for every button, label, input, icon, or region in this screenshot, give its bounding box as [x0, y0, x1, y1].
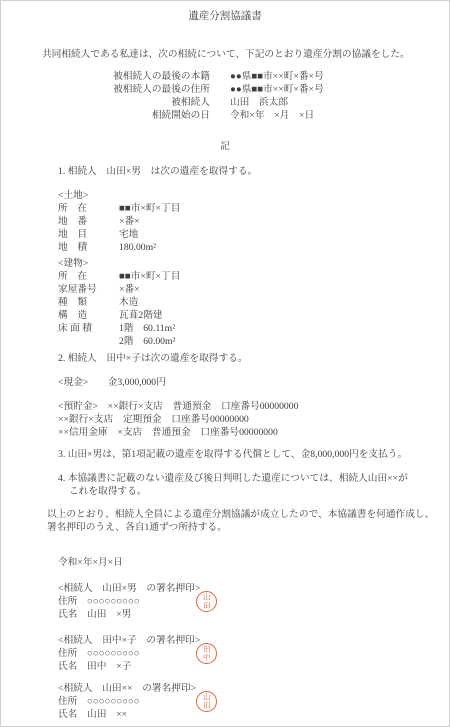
deposit-line: <預貯金> ××銀行×支店 普通預金 口座番号00000000	[58, 400, 449, 413]
decedent-info-row: 相続開始の日 令和×年 ×月 ×日	[1, 109, 449, 122]
clause-2: 2. 相続人 田中×子は次の遺産を取得する。	[58, 352, 449, 365]
hanko-seal-yamada: 山田	[196, 591, 217, 612]
info-label-decedent-name: 被相続人	[1, 96, 210, 109]
signature-block-tanaka-x-ko: <相続人 田中×子 の署名押印> 住所 ○○○○○○○○○ 氏名 田中 ×子 田…	[58, 634, 278, 673]
signature-name: 氏名 田中 ×子	[58, 660, 278, 673]
land-row: 所 在■■市×町×丁目	[58, 202, 449, 215]
info-label-address: 被相続人の最後の住所	[1, 83, 210, 96]
land-value-category: 宅地	[119, 229, 138, 240]
building-row: 構 造瓦葺2階建	[58, 309, 449, 322]
signature-heading: <相続人 山田×男 の署名押印>	[58, 582, 278, 595]
info-value-start-date: 令和×年 ×月 ×日	[210, 109, 314, 122]
signature-heading: <相続人 山田×× の署名押印>	[58, 682, 278, 695]
signature-block-yamada-x-o: <相続人 山田×男 の署名押印> 住所 ○○○○○○○○○ 氏名 山田 ×男 山…	[58, 582, 278, 621]
land-label-lot-number: 地 番	[58, 215, 119, 228]
land-row: 地 目宅地	[58, 228, 449, 241]
decedent-info-block: 被相続人の最後の本籍 ●●県■■市××町×番×号 被相続人の最後の住所 ●●県■…	[1, 70, 449, 122]
info-label-honseki: 被相続人の最後の本籍	[1, 70, 210, 83]
agreement-document-page: 遺産分割協議書 共同相続人である私達は、次の相続について、下記のとおり遺産分割の…	[0, 0, 450, 727]
cash-line: <現金> 金3,000,000円	[58, 376, 449, 389]
signature-address: 住所 ○○○○○○○○○	[58, 595, 278, 608]
clause-4-line1: 4. 本協議書に記載のない遺産及び後日判明した遺産については、相続人山田××が	[58, 472, 449, 485]
clause-4: 4. 本協議書に記載のない遺産及び後日判明した遺産については、相続人山田××が …	[58, 472, 449, 498]
building-value-structure: 瓦葺2階建	[119, 310, 163, 321]
building-label-floor-area: 床 面 積	[58, 322, 119, 335]
signature-heading: <相続人 田中×子 の署名押印>	[58, 634, 278, 647]
closing-paragraph: 以上のとおり、相続人全員による遺産分割協議が成立したので、本協議書を何通作成し、…	[47, 508, 449, 534]
closing-line1: 以上のとおり、相続人全員による遺産分割協議が成立したので、本協議書を何通作成し、	[47, 508, 449, 521]
land-value-area: 180.00m²	[119, 242, 156, 253]
decedent-info-row: 被相続人の最後の住所 ●●県■■市××町×番×号	[1, 83, 449, 96]
closing-line2: 署名押印のうえ、各自1通ずつ所持する。	[47, 521, 449, 534]
clause-3: 3. 山田×男は、第1項記載の遺産を取得する代償として、金8,000,000円を…	[58, 448, 449, 461]
land-label-location: 所 在	[58, 202, 119, 215]
clause-4-line2: これを取得する。	[58, 485, 449, 498]
signature-name: 氏名 山田 ×男	[58, 608, 278, 621]
signature-block-yamada-xx: <相続人 山田×× の署名押印> 住所 ○○○○○○○○○ 氏名 山田 ×× 山…	[58, 682, 278, 721]
hanko-seal-tanaka: 田中	[196, 643, 217, 664]
deposits-section: <預貯金> ××銀行×支店 普通預金 口座番号00000000 ××銀行×支店 …	[58, 400, 449, 439]
building-value-floor-area-1f: 1階 60.11m²	[119, 323, 175, 334]
land-value-lot-number: ×番×	[119, 216, 140, 227]
land-value-location: ■■市×町×丁目	[119, 203, 180, 214]
land-row: 地 番×番×	[58, 215, 449, 228]
deposit-line: ××銀行×支店 定期預金 口座番号00000000	[58, 413, 449, 426]
building-label-location: 所 在	[58, 270, 119, 283]
hanko-seal-yamada: 山田	[196, 691, 217, 712]
building-value-floor-area-2f: 2階 60.00m²	[119, 336, 175, 347]
clause-1: 1. 相続人 山田×男 は次の遺産を取得する。	[58, 165, 449, 178]
building-value-location: ■■市×町×丁目	[119, 271, 180, 282]
building-label-structure: 構 造	[58, 309, 119, 322]
land-label-category: 地 目	[58, 228, 119, 241]
signature-name: 氏名 山田 ××	[58, 708, 278, 721]
info-value-decedent-name: 山田 浜太郎	[210, 96, 288, 109]
info-value-address: ●●県■■市××町×番×号	[210, 83, 324, 96]
execution-date: 令和×年×月×日	[58, 556, 449, 569]
land-section: <土地> 所 在■■市×町×丁目 地 番×番× 地 目宅地 地 積180.00m…	[58, 189, 449, 254]
signature-address: 住所 ○○○○○○○○○	[58, 695, 278, 708]
building-row: 床 面 積1階 60.11m²	[58, 322, 449, 335]
ki-marker: 記	[1, 140, 449, 153]
deposit-line: ××信用金庫 ×支店 普通預金 口座番号00000000	[58, 426, 449, 439]
signature-address: 住所 ○○○○○○○○○	[58, 647, 278, 660]
building-row: 2階 60.00m²	[58, 335, 449, 348]
building-value-house-number: ×番×	[119, 284, 140, 295]
document-title: 遺産分割協議書	[1, 1, 449, 24]
intro-paragraph: 共同相続人である私達は、次の相続について、下記のとおり遺産分割の協議をした。	[42, 48, 449, 61]
building-row: 種 類木造	[58, 296, 449, 309]
building-row: 家屋番号×番×	[58, 283, 449, 296]
building-value-type: 木造	[119, 297, 138, 308]
building-heading: <建物>	[58, 257, 449, 270]
building-label-type: 種 類	[58, 296, 119, 309]
info-value-honseki: ●●県■■市××町×番×号	[210, 70, 324, 83]
land-label-area: 地 積	[58, 241, 119, 254]
decedent-info-row: 被相続人の最後の本籍 ●●県■■市××町×番×号	[1, 70, 449, 83]
decedent-info-row: 被相続人 山田 浜太郎	[1, 96, 449, 109]
land-heading: <土地>	[58, 189, 449, 202]
building-row: 所 在■■市×町×丁目	[58, 270, 449, 283]
building-section: <建物> 所 在■■市×町×丁目 家屋番号×番× 種 類木造 構 造瓦葺2階建 …	[58, 257, 449, 348]
building-label-house-number: 家屋番号	[58, 283, 119, 296]
land-row: 地 積180.00m²	[58, 241, 449, 254]
info-label-start-date: 相続開始の日	[1, 109, 210, 122]
